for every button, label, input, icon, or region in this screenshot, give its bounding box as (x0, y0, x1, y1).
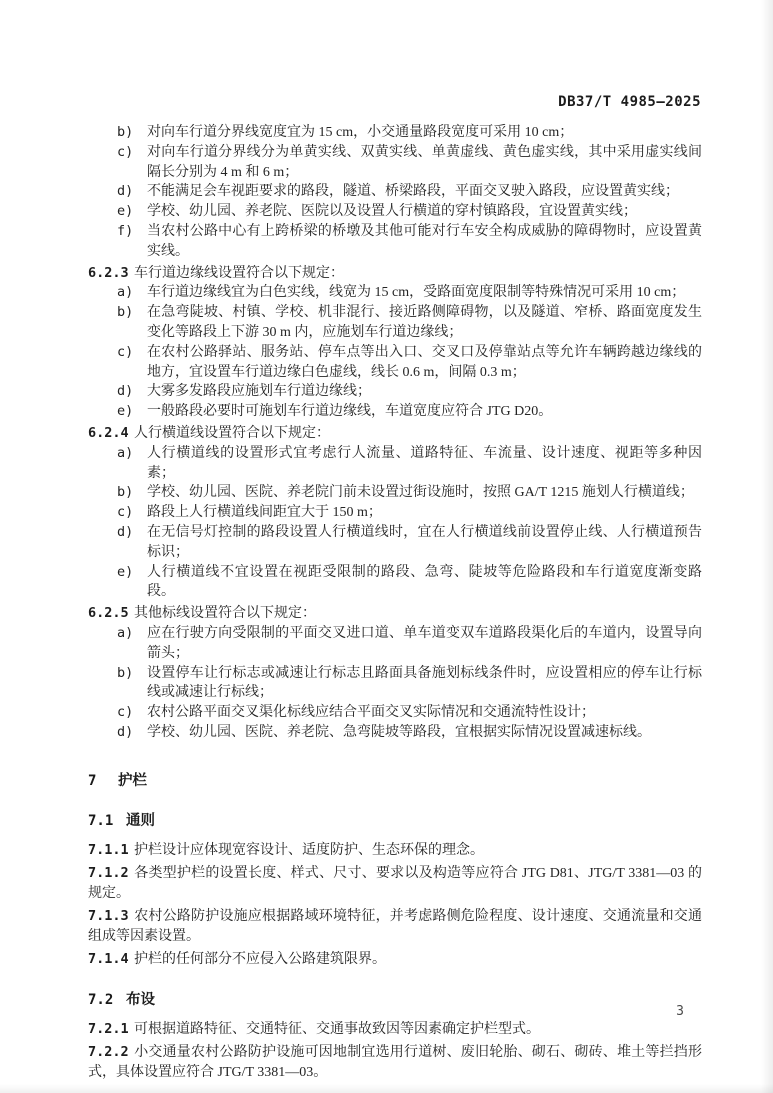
section-heading: 7.2布设 (88, 990, 702, 1010)
clause-heading: 6.2.4人行横道线设置符合以下规定： (88, 424, 702, 444)
list-item: a)人行横道线的设置形式宜考虑行人流量、道路特征、车流量、设计速度、视距等多种因… (88, 444, 702, 484)
list-item-label: d) (117, 523, 133, 543)
list-item-label: a) (117, 444, 133, 464)
clause-number: 7.1.1 (88, 840, 134, 860)
clause-text: 护栏的任何部分不应侵入公路建筑限界。 (134, 952, 386, 967)
clause-number: 6.2.4 (88, 424, 134, 444)
list-item-label: e) (117, 402, 133, 422)
list-item-label: d) (117, 182, 133, 202)
page-edge-shadow-right (761, 0, 773, 1093)
clause-number: 6.2.3 (88, 264, 134, 284)
list-item-text: 设置停车让行标志或减速让行标志且路面具备施划标线条件时，应设置相应的停车让行标线… (147, 666, 702, 701)
clause-paragraph: 7.2.2小交通量农村公路防护设施可因地制宜选用行道树、废旧轮胎、砌石、砌砖、堆… (88, 1042, 702, 1083)
list-item-text: 当农村公路中心有上跨桥梁的桥墩及其他可能对行车安全构成威胁的障碍物时，应设置黄实… (147, 224, 702, 259)
clause-paragraph: 7.1.4护栏的任何部分不应侵入公路建筑限界。 (88, 949, 702, 970)
section-heading: 7.1通则 (88, 811, 702, 831)
list-item: d)学校、幼儿园、医院、养老院、急弯陡坡等路段，宜根据实际情况设置减速标线。 (88, 723, 702, 743)
clause-paragraph: 7.1.2各类型护栏的设置长度、样式、尺寸、要求以及构造等应符合 JTG D81… (88, 863, 702, 904)
clause-number: 6.2.5 (88, 604, 134, 624)
list-item-label: b) (117, 664, 133, 684)
document-content: b)对向车行道分界线宽度宜为 15 cm，小交通量路段宽度可采用 10 cm；c… (88, 123, 702, 1083)
clause-number: 7.1 (88, 811, 126, 831)
list-item-text: 农村公路平面交叉渠化标线应结合平面交叉实际情况和交通流特性设计； (147, 705, 595, 720)
list-item: e)学校、幼儿园、养老院、医院以及设置人行横道的穿村镇路段，宜设置黄实线； (88, 202, 702, 222)
list-item: e)一般路段必要时可施划车行道边缘线，车道宽度应符合 JTG D20。 (88, 402, 702, 422)
list-item-text: 在无信号灯控制的路段设置人行横道线时，宜在人行横道线前设置停止线、人行横道预告标… (147, 525, 702, 560)
list-item: b)设置停车让行标志或减速让行标志且路面具备施划标线条件时，应设置相应的停车让行… (88, 664, 702, 704)
clause-text: 护栏设计应体现宽容设计、适度防护、生态环保的理念。 (134, 843, 484, 858)
page-number: 3 (660, 1004, 700, 1019)
clause-number: 7 (88, 771, 118, 791)
clause-text: 各类型护栏的设置长度、样式、尺寸、要求以及构造等应符合 JTG D81、JTG/… (88, 866, 702, 901)
clause-text: 农村公路防护设施应根据路域环境特征，并考虑路侧危险程度、设计速度、交通流量和交通… (88, 909, 702, 944)
clause-number: 7.1.2 (88, 863, 134, 883)
list-item-text: 一般路段必要时可施划车行道边缘线，车道宽度应符合 JTG D20。 (147, 404, 552, 419)
clause-number: 7.1.4 (88, 949, 134, 969)
list-item-text: 对向车行道分界线宽度宜为 15 cm，小交通量路段宽度可采用 10 cm； (147, 125, 573, 140)
list-item: c)农村公路平面交叉渠化标线应结合平面交叉实际情况和交通流特性设计； (88, 703, 702, 723)
list-item-text: 学校、幼儿园、医院、养老院、急弯陡坡等路段，宜根据实际情况设置减速标线。 (147, 725, 651, 740)
clause-text: 车行道边缘线设置符合以下规定： (134, 266, 344, 281)
list-item: b)对向车行道分界线宽度宜为 15 cm，小交通量路段宽度可采用 10 cm； (88, 123, 702, 143)
list-item-label: b) (117, 483, 133, 503)
clause-paragraph: 7.1.3农村公路防护设施应根据路域环境特征，并考虑路侧危险程度、设计速度、交通… (88, 906, 702, 947)
clause-text: 人行横道线设置符合以下规定： (134, 426, 330, 441)
clause-heading: 6.2.3车行道边缘线设置符合以下规定： (88, 264, 702, 284)
list-item-label: c) (117, 143, 133, 163)
clause-text: 护栏 (118, 773, 147, 789)
list-item-text: 大雾多发路段应施划车行道边缘线； (147, 384, 371, 399)
list-item: f)当农村公路中心有上跨桥梁的桥墩及其他可能对行车安全构成威胁的障碍物时，应设置… (88, 222, 702, 262)
list-item: c)路段上人行横道线间距宜大于 150 m； (88, 503, 702, 523)
list-item-text: 人行横道线的设置形式宜考虑行人流量、道路特征、车流量、设计速度、视距等多种因素； (147, 446, 702, 481)
clause-number: 7.2.2 (88, 1042, 134, 1062)
clause-paragraph: 7.1.1护栏设计应体现宽容设计、适度防护、生态环保的理念。 (88, 840, 702, 861)
list-item-label: b) (117, 303, 133, 323)
page-edge-shadow-bottom (0, 1084, 773, 1093)
list-item-label: e) (117, 202, 133, 222)
list-item: c)在农村公路驿站、服务站、停车点等出入口、交叉口及停靠站点等允许车辆跨越边缘线… (88, 343, 702, 383)
list-item-label: e) (117, 563, 133, 583)
clause-number: 7.1.3 (88, 906, 134, 926)
list-item-label: a) (117, 624, 133, 644)
list-item-label: c) (117, 503, 133, 523)
list-item-label: f) (117, 222, 133, 242)
list-item-label: d) (117, 723, 133, 743)
clause-text: 可根据道路特征、交通特征、交通事故致因等因素确定护栏型式。 (134, 1022, 540, 1037)
list-item-text: 路段上人行横道线间距宜大于 150 m； (147, 505, 382, 520)
clause-paragraph: 7.2.1可根据道路特征、交通特征、交通事故致因等因素确定护栏型式。 (88, 1019, 702, 1040)
list-item-label: c) (117, 343, 133, 363)
list-item: e)人行横道线不宜设置在视距受限制的路段、急弯、陡坡等危险路段和车行道宽度渐变路… (88, 563, 702, 603)
clause-text: 小交通量农村公路防护设施可因地制宜选用行道树、废旧轮胎、砌石、砌砖、堆土等拦挡形… (88, 1045, 702, 1080)
list-item-text: 人行横道线不宜设置在视距受限制的路段、急弯、陡坡等危险路段和车行道宽度渐变路段。 (147, 565, 702, 600)
list-item-text: 在农村公路驿站、服务站、停车点等出入口、交叉口及停靠站点等允许车辆跨越边缘线的地… (147, 345, 702, 380)
list-item-label: b) (117, 123, 133, 143)
list-item: a)车行道边缘线宜为白色实线，线宽为 15 cm，受路面宽度限制等特殊情况可采用… (88, 283, 702, 303)
list-item-label: a) (117, 283, 133, 303)
list-item-text: 对向车行道分界线分为单黄实线、双黄实线、单黄虚线、黄色虚实线，其中采用虚实线间隔… (147, 145, 702, 180)
clause-text: 其他标线设置符合以下规定： (134, 606, 316, 621)
chapter-heading: 7护栏 (88, 771, 702, 791)
document-code-header: DB37/T 4985—2025 (88, 94, 701, 110)
clause-number: 7.2.1 (88, 1019, 134, 1039)
list-item-text: 学校、幼儿园、养老院、医院以及设置人行横道的穿村镇路段，宜设置黄实线； (147, 204, 637, 219)
list-item: d)大雾多发路段应施划车行道边缘线； (88, 382, 702, 402)
list-item-text: 不能满足会车视距要求的路段，隧道、桥梁路段，平面交叉驶入路段，应设置黄实线； (147, 184, 679, 199)
list-item: c)对向车行道分界线分为单黄实线、双黄实线、单黄虚线、黄色虚实线，其中采用虚实线… (88, 143, 702, 183)
list-item: d)不能满足会车视距要求的路段，隧道、桥梁路段，平面交叉驶入路段，应设置黄实线； (88, 182, 702, 202)
list-item: b)在急弯陡坡、村镇、学校、机非混行、接近路侧障碍物，以及隧道、窄桥、路面宽度发… (88, 303, 702, 343)
list-item-text: 车行道边缘线宜为白色实线，线宽为 15 cm，受路面宽度限制等特殊情况可采用 1… (147, 285, 685, 300)
list-item-text: 学校、幼儿园、医院、养老院门前未设置过街设施时，按照 GA/T 1215 施划人… (147, 485, 694, 500)
clause-number: 7.2 (88, 990, 126, 1010)
clause-heading: 6.2.5其他标线设置符合以下规定： (88, 604, 702, 624)
list-item: d)在无信号灯控制的路段设置人行横道线时，宜在人行横道线前设置停止线、人行横道预… (88, 523, 702, 563)
list-item-text: 在急弯陡坡、村镇、学校、机非混行、接近路侧障碍物，以及隧道、窄桥、路面宽度发生变… (147, 305, 702, 340)
clause-text: 通则 (126, 813, 155, 829)
list-item-text: 应在行驶方向受限制的平面交叉进口道、单车道变双车道路段渠化后的车道内，设置导向箭… (147, 626, 702, 661)
list-item: a)应在行驶方向受限制的平面交叉进口道、单车道变双车道路段渠化后的车道内，设置导… (88, 624, 702, 664)
list-item-label: c) (117, 703, 133, 723)
list-item: b)学校、幼儿园、医院、养老院门前未设置过街设施时，按照 GA/T 1215 施… (88, 483, 702, 503)
list-item-label: d) (117, 382, 133, 402)
clause-text: 布设 (126, 992, 155, 1008)
